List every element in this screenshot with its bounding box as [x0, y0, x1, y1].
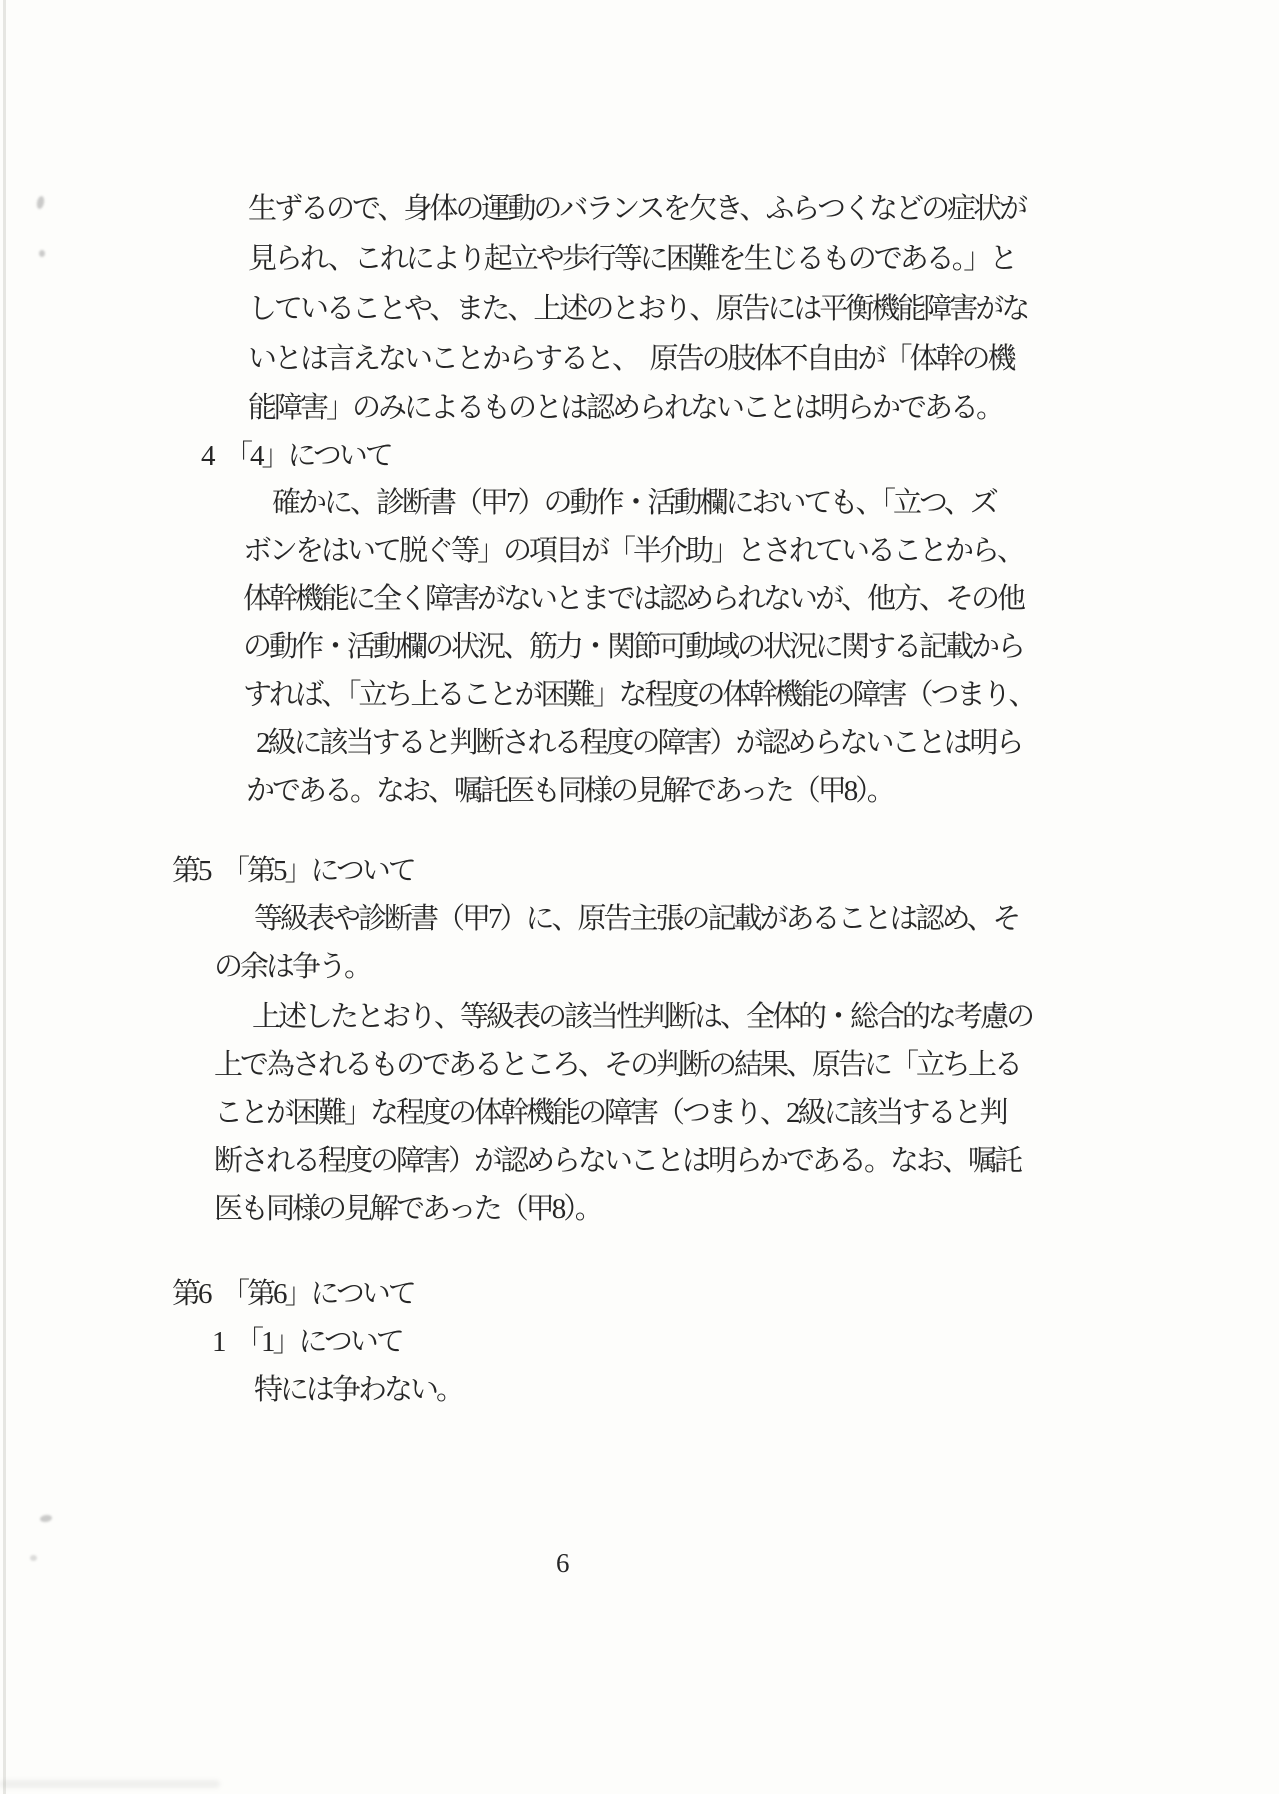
section5-heading: 第5 「第5」について	[172, 855, 414, 888]
continuation-line: いとは言えないことからすると、 原告の肢体不自由が「体幹の機	[248, 343, 1014, 376]
page-number: 6	[556, 1548, 570, 1579]
scan-smudge	[39, 250, 45, 257]
scan-smudge	[40, 1514, 53, 1523]
scan-smudge	[30, 1555, 37, 1561]
section5-body-line: の余は争う。	[214, 951, 370, 984]
item4-body-line: 体幹機能に全く障害がないとまでは認められないが、他方、その他	[243, 583, 1023, 616]
section5-body-line: 医も同様の見解であった（甲8）。	[214, 1193, 601, 1226]
section5-body-line: ことが困難」な程度の体幹機能の障害（つまり、2級に該当すると判	[214, 1097, 1006, 1130]
item4-body-line: 2級に該当すると判断される程度の障害）が認めらないことは明ら	[256, 727, 1022, 760]
section5-body-line: 断される程度の障害）が認めらないことは明らかである。なお、嘱託	[214, 1145, 1020, 1178]
scan-edge-artifact	[3, 0, 6, 1794]
item4-heading: 4 「4」について	[201, 440, 391, 473]
scan-smudge	[36, 195, 46, 209]
item4-body-line: ボンをはいて脱ぐ等」の項目が「半介助」とされていることから、	[243, 535, 1023, 568]
section5-body-line: 上で為されるものであるところ、その判断の結果、原告に「立ち上る	[214, 1049, 1020, 1082]
scanned-document-page: 生ずるので、身体の運動のバランスを欠き、ふらつくなどの症状が 見られ、これにより…	[0, 0, 1279, 1794]
continuation-line: 生ずるので、身体の運動のバランスを欠き、ふらつくなどの症状が	[248, 193, 1025, 226]
section5-body-line: 上述したとおり、等級表の該当性判断は、全体的・総合的な考慮の	[252, 1001, 1032, 1034]
continuation-line: 見られ、これにより起立や歩行等に困難を生じるものである。」と	[248, 243, 1015, 276]
item4-body-line: すれば、「立ち上ることが困難」な程度の体幹機能の障害（つまり、	[243, 679, 1035, 712]
scan-smudge	[0, 1780, 220, 1788]
section6-item1-heading: 1 「1」について	[212, 1326, 402, 1359]
section6-heading: 第6 「第6」について	[172, 1278, 414, 1311]
item4-body-line: 確かに、診断書（甲7）の動作・活動欄においても、「立つ、ズ	[272, 487, 996, 520]
continuation-line: 能障害」のみによるものとは認められないことは明らかである。	[248, 392, 1002, 425]
item4-body-line: の動作・活動欄の状況、筋力・関節可動域の状況に関する記載から	[243, 631, 1023, 664]
continuation-line: していることや、また、上述のとおり、原告には平衡機能障害がな	[248, 293, 1027, 326]
section6-item1-reply: 特には争わない。	[254, 1374, 462, 1407]
item4-body-line: かである。なお、嘱託医も同様の見解であった（甲8）。	[246, 775, 893, 808]
section5-body-line: 等級表や診断書（甲7）に、原告主張の記載があることは認め、そ	[254, 903, 1018, 936]
